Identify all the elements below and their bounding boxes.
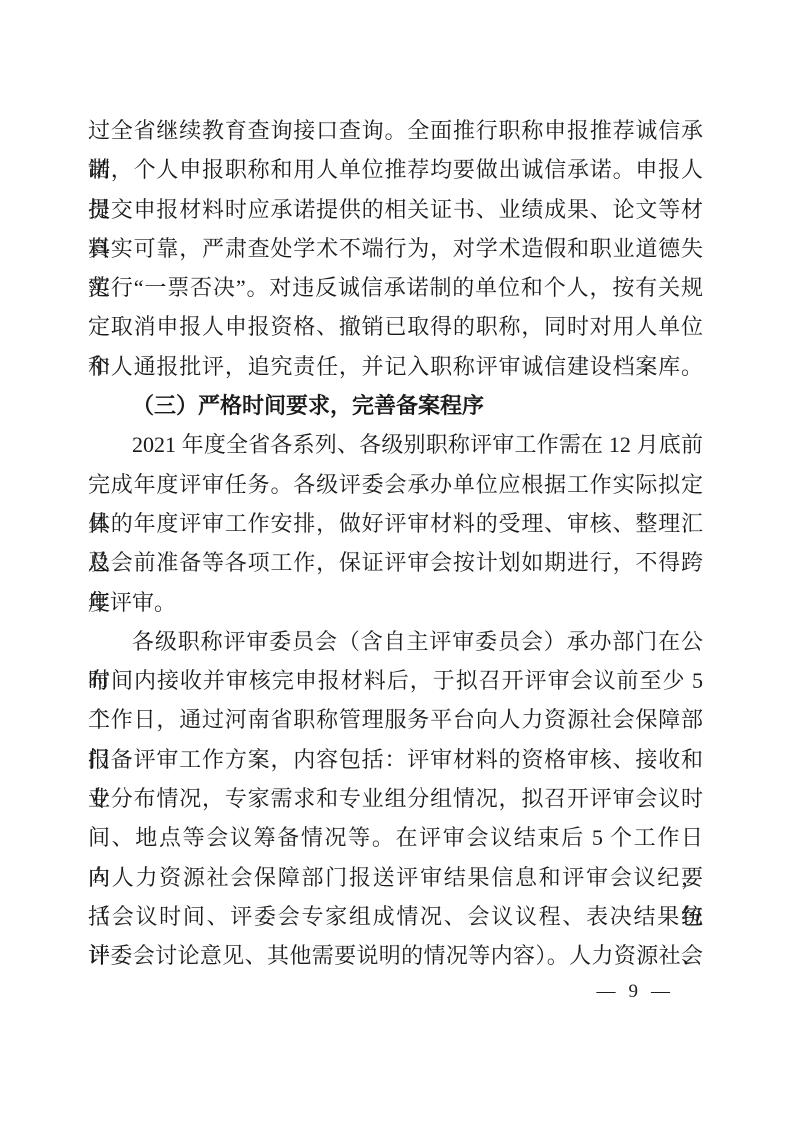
text-line: 时间内接收并审核完申报材料后，于拟召开评审会议前至少 5 个 <box>88 661 703 700</box>
text-line: 评委会讨论意见、其他需要说明的情况等内容）。人力资源社会 <box>88 936 703 975</box>
text-line: 业分布情况，专家需求和专业组分组情况，拟召开评审会议时 <box>88 779 703 818</box>
text-line: 真实可靠，严肃查处学术不端行为，对学术造假和职业道德失范 <box>88 229 703 268</box>
text-line: 度评审。 <box>88 583 703 622</box>
text-line: 个人通报批评，追究责任，并记入职称评审诚信建设档案库。 <box>88 347 703 386</box>
page-number-right-dash: — <box>651 981 670 1003</box>
text-line: 各级职称评审委员会（含自主评审委员会）承办部门在公布 <box>88 622 703 661</box>
text-line: 制，个人申报职称和用人单位推荐均要做出诚信承诺。申报人员 <box>88 150 703 189</box>
text-line: 完成年度评审任务。各级评委会承办单位应根据工作实际拟定具 <box>88 465 703 504</box>
text-line: 2021 年度全省各系列、各级别职称评审工作需在 12 月底前 <box>88 425 703 464</box>
text-line: 定取消申报人申报资格、撤销已取得的职称，同时对用人单位和 <box>88 307 703 346</box>
text-line: 向人力资源社会保障部门报送评审结果信息和评审会议纪要（包 <box>88 858 703 897</box>
text-line: 及会前准备等各项工作，保证评审会按计划如期进行，不得跨年 <box>88 543 703 582</box>
section-heading: （三）严格时间要求，完善备案程序 <box>88 386 703 425</box>
text-line: 报备评审工作方案，内容包括：评审材料的资格审核、接收和专 <box>88 740 703 779</box>
text-line: 提交申报材料时应承诺提供的相关证书、业绩成果、论文等材料 <box>88 190 703 229</box>
page-number-value: 9 <box>629 981 639 1003</box>
text-line: 实行“一票否决”。对违反诚信承诺制的单位和个人，按有关规 <box>88 268 703 307</box>
page-number-left-dash: — <box>597 981 616 1003</box>
text-line: 间、地点等会议筹备情况等。在评审会议结束后 5 个工作日内， <box>88 818 703 857</box>
document-body: 过全省继续教育查询接口查询。全面推行职称申报推荐诚信承诺制，个人申报职称和用人单… <box>88 111 703 976</box>
page-number: — 9 — <box>597 981 671 1003</box>
text-line: 过全省继续教育查询接口查询。全面推行职称申报推荐诚信承诺 <box>88 111 703 150</box>
text-line: 括会议时间、评委会专家组成情况、会议议程、表决结果统计、 <box>88 897 703 936</box>
text-line: 工作日，通过河南省职称管理服务平台向人力资源社会保障部门 <box>88 700 703 739</box>
text-line: 体的年度评审工作安排，做好评审材料的受理、审核、整理汇总 <box>88 504 703 543</box>
document-page: 过全省继续教育查询接口查询。全面推行职称申报推荐诚信承诺制，个人申报职称和用人单… <box>0 0 793 1122</box>
